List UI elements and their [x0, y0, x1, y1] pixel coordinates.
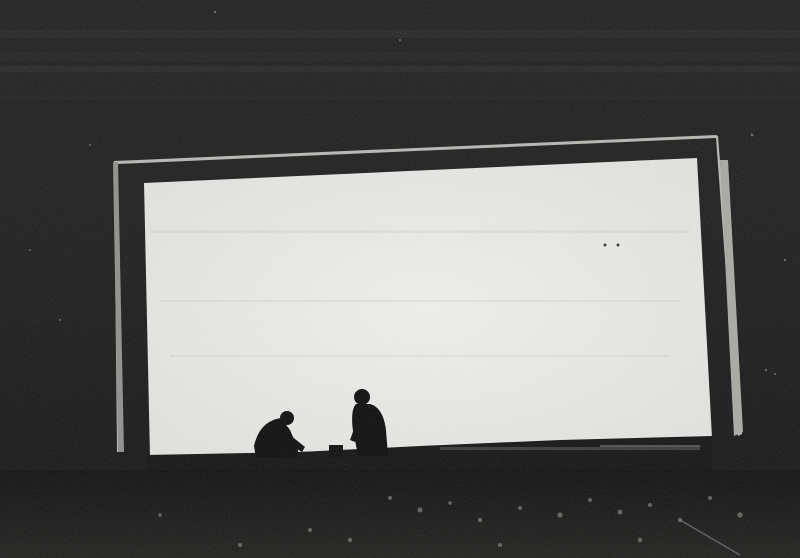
- film-grain: [0, 0, 800, 558]
- photo-scene: [0, 0, 800, 558]
- photograph: Two silhouetted figures working at the b…: [0, 0, 800, 558]
